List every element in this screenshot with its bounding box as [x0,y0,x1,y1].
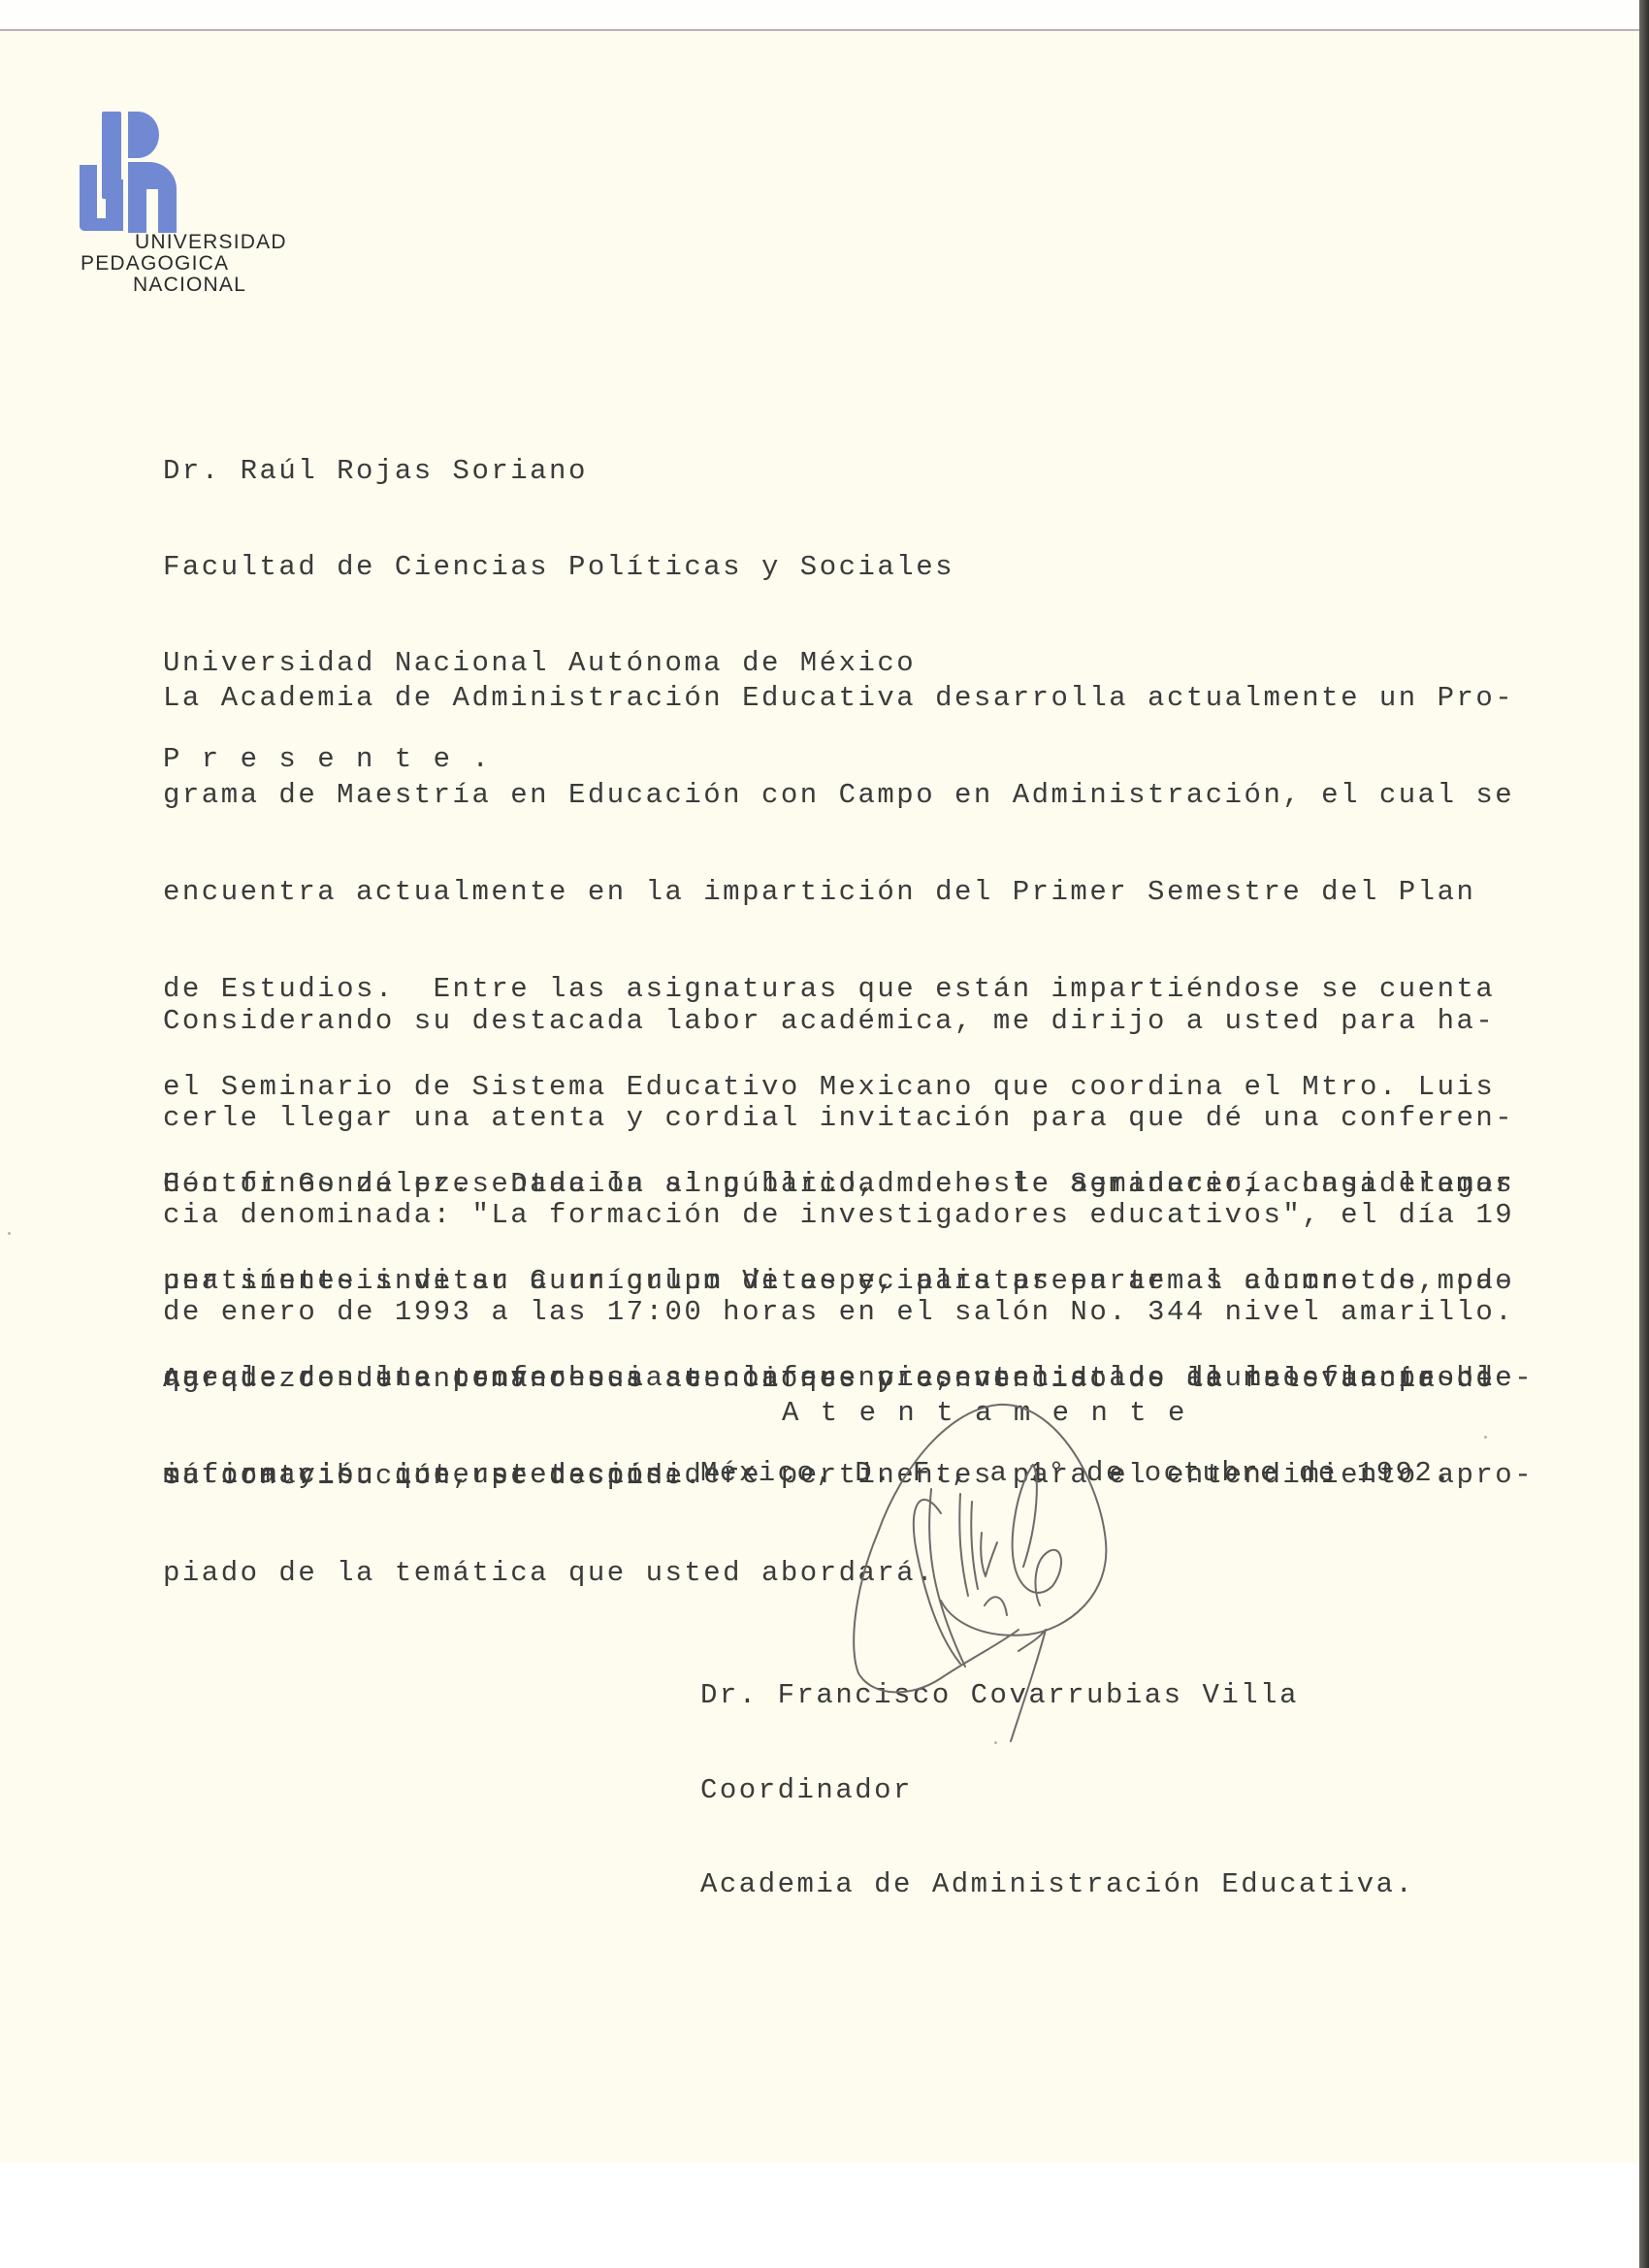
text-line: una síntesis de su Currículum Vitae y, p… [163,1265,1534,1297]
text-line: Agradezco de antemano sus atenciones y c… [163,1363,1495,1395]
text-line: grama de Maestría en Educación con Campo… [163,779,1534,811]
place-and-date: México, D. F., a 1° de octubre de 1992. [700,1457,1453,1489]
text-line: piado de la temática que usted abordará. [163,1557,1534,1589]
text-line: encuentra actualmente en la impartición … [163,876,1534,908]
paper-speck [1484,1436,1487,1439]
scan-bottom-margin [0,2163,1639,2268]
closing-salutation: A t e n t a m e n t e [782,1397,1187,1429]
text-line: Considerando su destacada labor académic… [163,1005,1514,1037]
upn-logo-icon [78,109,194,244]
signatory-department: Academia de Administración Educativa. [700,1869,1414,1901]
letterhead: UNIVERSIDAD PEDAGOGICA NACIONAL [78,109,291,303]
scan-edge-shadow [1639,0,1649,2268]
signatory-block: Dr. Francisco Covarrubias Villa Coordina… [700,1617,1414,1932]
paper-speck [994,1741,997,1744]
recipient-name: Dr. Raúl Rojas Soriano [163,455,954,487]
signatory-title: Coordinador [700,1775,1414,1807]
text-line: La Academia de Administración Educativa … [163,682,1534,714]
paper-speck [8,1232,11,1235]
text-line: Con fines de presentación al público, mu… [163,1168,1534,1200]
scan-top-margin [0,0,1639,31]
recipient-faculty: Facultad de Ciencias Políticas y Sociale… [163,551,954,583]
letterhead-line-nacional: NACIONAL [133,275,246,296]
letterhead-line-universidad: UNIVERSIDAD [135,232,287,253]
signatory-name: Dr. Francisco Covarrubias Villa [700,1680,1414,1712]
letterhead-line-pedagogica: PEDAGOGICA [81,253,229,275]
